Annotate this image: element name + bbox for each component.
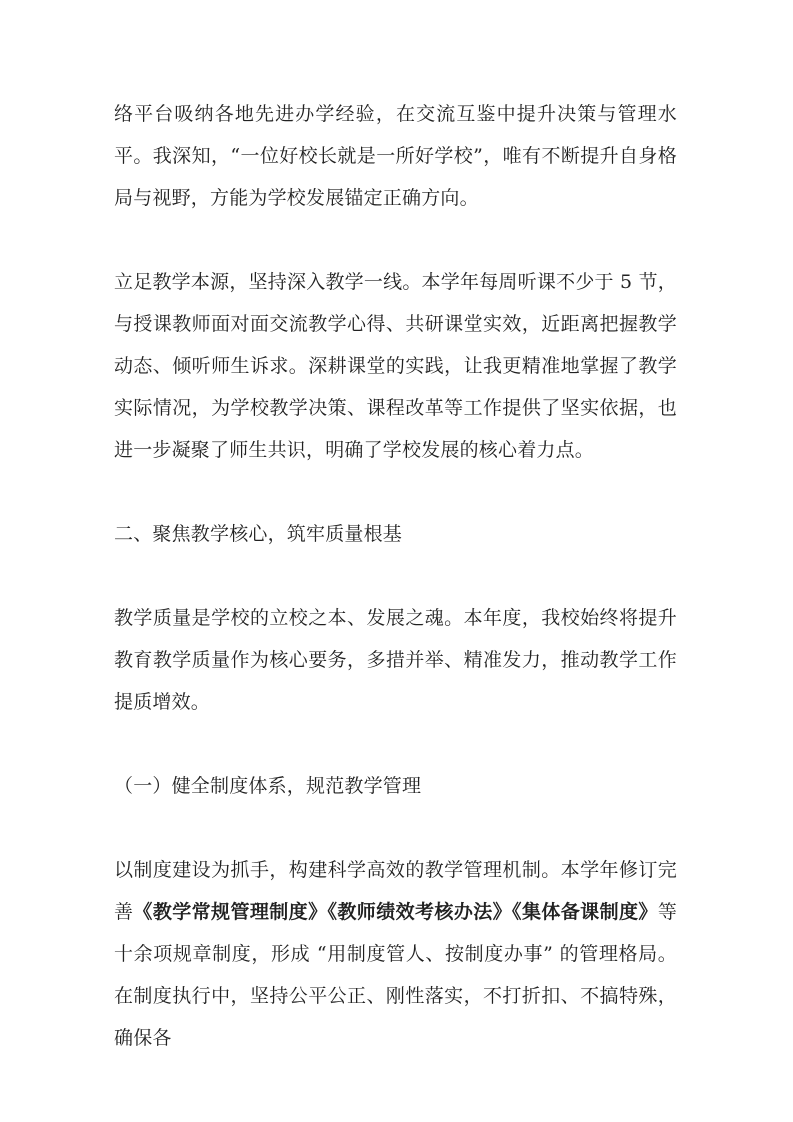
document-body: 络平台吸纳各地先进办学经验，在交流互鉴中提升决策与管理水平。我深知，“一位好校长… (0, 0, 793, 1059)
body-paragraph: 教学质量是学校的立校之本、发展之魂。本年度，我校始终将提升教育教学质量作为核心要… (114, 597, 677, 723)
text-segment: 络平台吸纳各地先进办学经验，在交流互鉴中提升决策与管理水平。我深知，“一位好校长… (114, 103, 677, 209)
regulation-title-bold: 《教学常规管理制度》《教师绩效考核办法》《集体备课制度》 (133, 901, 657, 923)
document-page: 络平台吸纳各地先进办学经验，在交流互鉴中提升决策与管理水平。我深知，“一位好校长… (0, 0, 793, 1122)
body-paragraph: 以制度建设为抓手，构建科学高效的教学管理机制。本学年修订完善《教学常规管理制度》… (114, 849, 677, 1059)
text-segment: 教学质量是学校的立校之本、发展之魂。本年度，我校始终将提升教育教学质量作为核心要… (114, 607, 677, 713)
section-heading: （一）健全制度体系，规范教学管理 (114, 765, 677, 807)
body-paragraph: 立足教学本源，坚持深入教学一线。本学年每周听课不少于 5 节，与授课教师面对面交… (114, 261, 677, 471)
text-segment: 等十余项规章制度，形成 “用制度管人、按制度办事” 的管理格局。在制度执行中，坚… (114, 901, 677, 1049)
text-segment: 二、聚焦教学核心，筑牢质量根基 (114, 523, 402, 545)
section-heading: 二、聚焦教学核心，筑牢质量根基 (114, 513, 677, 555)
text-segment: （一）健全制度体系，规范教学管理 (114, 775, 421, 797)
text-segment: 立足教学本源，坚持深入教学一线。本学年每周听课不少于 5 节，与授课教师面对面交… (114, 271, 677, 461)
body-paragraph: 络平台吸纳各地先进办学经验，在交流互鉴中提升决策与管理水平。我深知，“一位好校长… (114, 93, 677, 219)
